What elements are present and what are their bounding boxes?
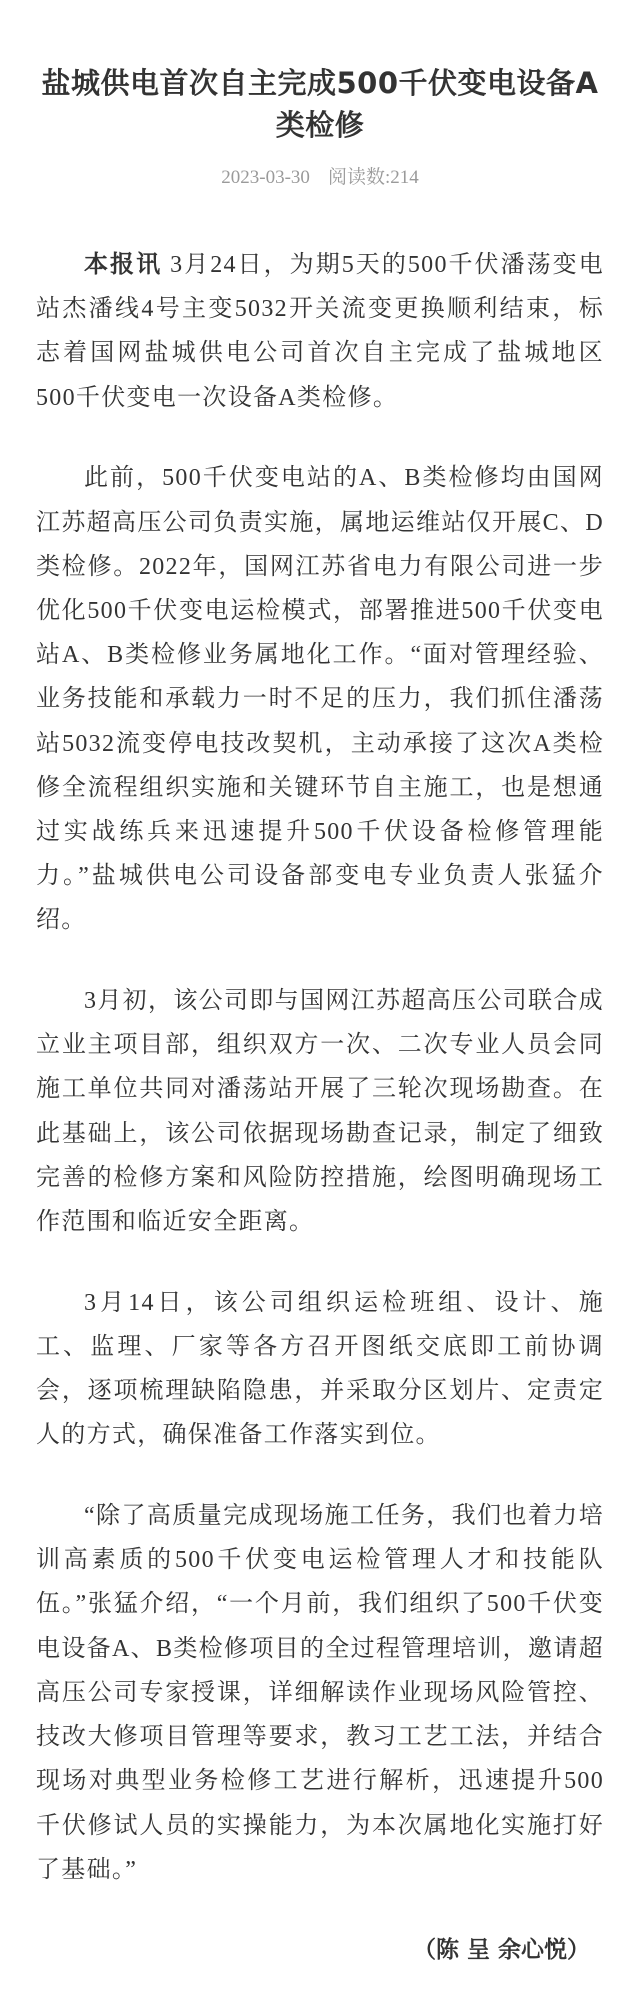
article: 盐城供电首次自主完成500千伏变电设备A类检修 2023-03-30阅读数:21…: [36, 0, 604, 1972]
read-count: 阅读数:214: [328, 167, 419, 188]
paragraph-5: “除了高质量完成现场施工任务，我们也着力培训高素质的500千伏变电运检管理人才和…: [36, 1494, 604, 1892]
article-body: 本报讯 3月24日，为期5天的500千伏潘荡变电站杰潘线4号主变5032开关流变…: [36, 242, 604, 1892]
paragraph-1: 本报讯 3月24日，为期5天的500千伏潘荡变电站杰潘线4号主变5032开关流变…: [36, 242, 604, 420]
byline: （陈 呈 余心悦）: [36, 1928, 604, 1972]
paragraph-2: 此前，500千伏变电站的A、B类检修均由国网江苏超高压公司负责实施，属地运维站仅…: [36, 456, 604, 942]
article-meta: 2023-03-30阅读数:214: [36, 166, 604, 190]
paragraph-3: 3月初，该公司即与国网江苏超高压公司联合成立业主项目部，组织双方一次、二次专业人…: [36, 979, 604, 1244]
lead-label: 本报讯: [84, 250, 162, 278]
article-title: 盐城供电首次自主完成500千伏变电设备A类检修: [36, 0, 604, 146]
publish-date: 2023-03-30: [221, 167, 310, 188]
paragraph-4: 3月14日，该公司组织运检班组、设计、施工、监理、厂家等各方召开图纸交底即工前协…: [36, 1281, 604, 1458]
